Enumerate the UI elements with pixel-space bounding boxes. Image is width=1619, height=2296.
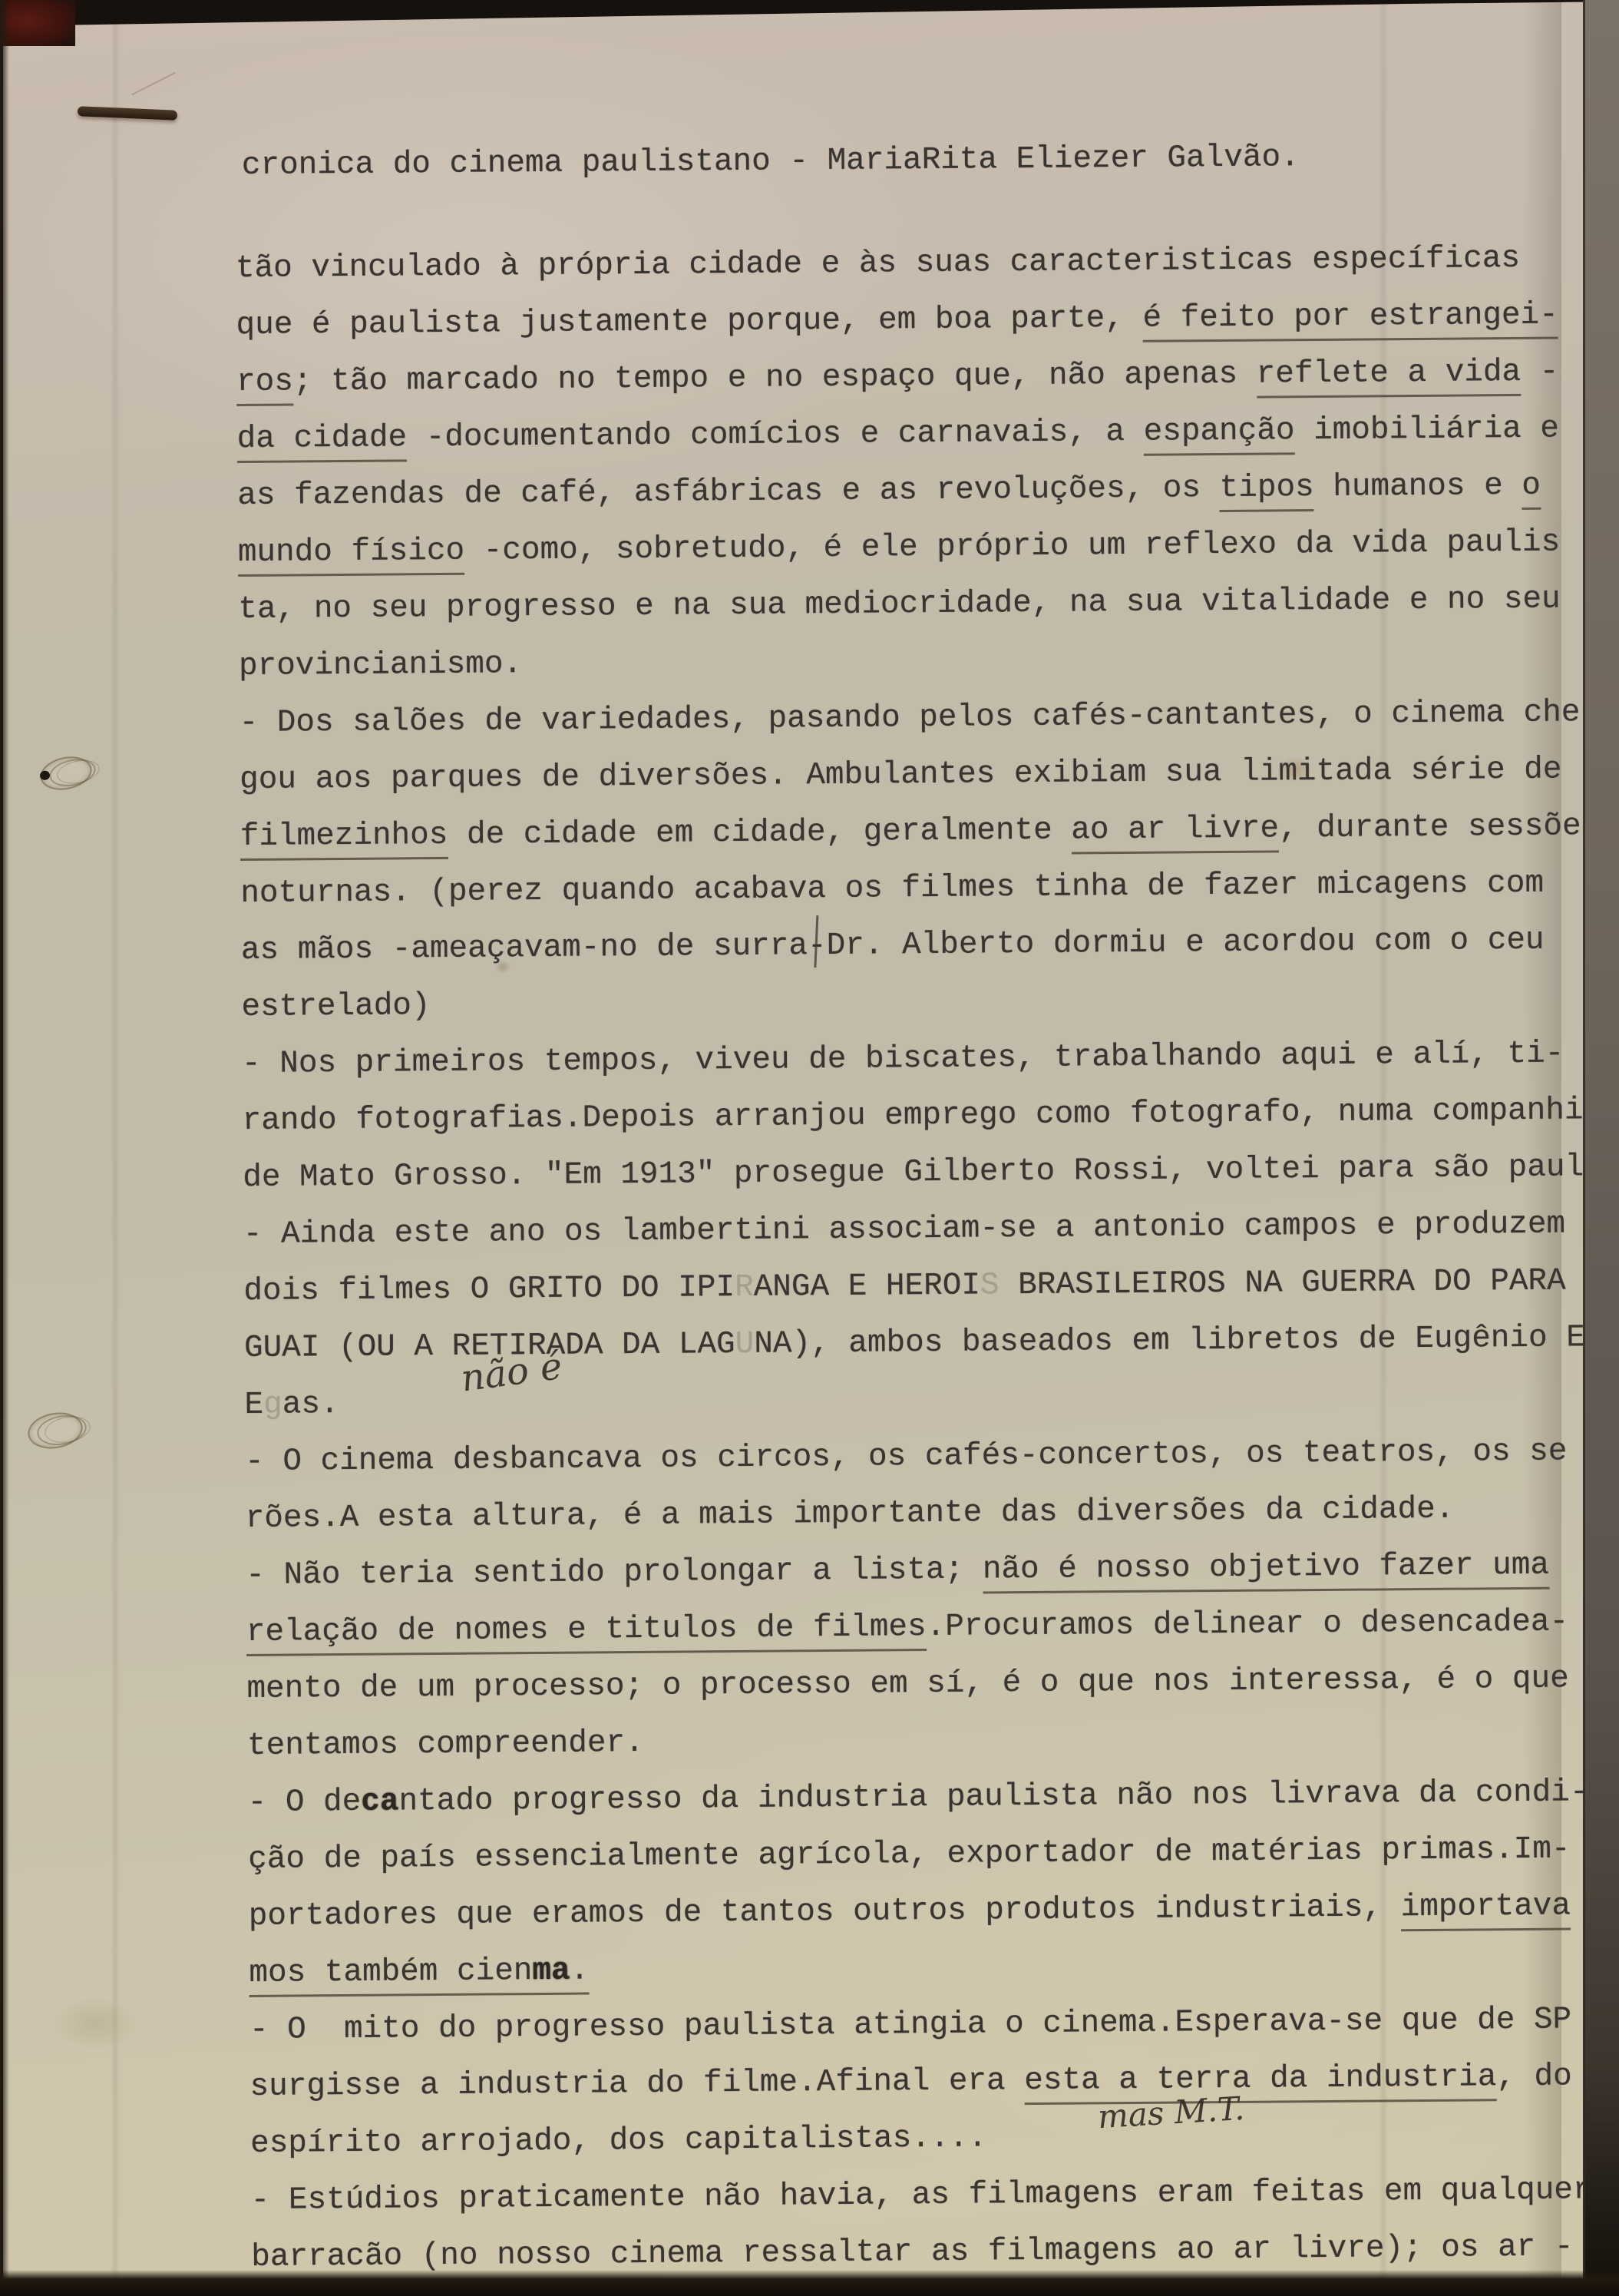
- text-segment: ta, no seu progresso e na sua mediocrida…: [238, 582, 1561, 628]
- typed-line-10: gou aos parques de diversões. Ambulantes…: [240, 755, 1562, 797]
- text-segment: as mãos -ameaçavam-no de surra-: [241, 928, 827, 968]
- typed-line-1: tão vinculado à própria cidade e às suas…: [236, 243, 1520, 285]
- photo-border-bottom: [0, 2270, 1619, 2296]
- typed-line-3: ros; tão marcado no tempo e no espaço qu…: [236, 357, 1559, 399]
- underlined-text: esta a terra da industria: [1024, 2059, 1497, 2105]
- photo-border-right: [1583, 0, 1619, 2296]
- text-segment: S: [980, 1268, 999, 1303]
- text-segment: humanos e: [1314, 468, 1522, 505]
- typed-line-28: - O decantado progresso da industria pau…: [248, 1777, 1589, 1819]
- typed-line-27: tentamos compreender.: [247, 1728, 644, 1762]
- text-segment: as fazendas de café, asfábricas e as rev…: [237, 471, 1220, 514]
- text-segment: tentamos compreender.: [247, 1725, 644, 1764]
- underlined-text: ros: [236, 364, 293, 406]
- typed-line-29: ção de país essencialmente agrícola, exp…: [248, 1834, 1571, 1876]
- typed-line-16: rando fotografias.Depois arranjou empreg…: [243, 1095, 1584, 1137]
- typed-line-35: - Estúdios praticamente não havia, as fi…: [251, 2175, 1592, 2217]
- typed-line-36: barracão (no nosso cinema ressaltar as f…: [251, 2231, 1574, 2274]
- text-segment: E: [244, 1388, 263, 1423]
- typed-line-8: provincianismo.: [239, 649, 522, 683]
- text-segment: R: [735, 1270, 754, 1305]
- typed-line-11: filmezinhos de cidade em cidade, geralme…: [240, 811, 1581, 853]
- text-segment: de cidade em cidade, geralmente: [448, 813, 1071, 853]
- text-segment: rando fotografias.Depois arranjou empreg…: [243, 1093, 1584, 1139]
- text-segment: U: [735, 1327, 755, 1362]
- text-segment: - O de: [247, 1785, 361, 1821]
- text-segment: imobiliária e: [1294, 412, 1559, 449]
- typed-line-31: mos também cienma.: [249, 1956, 589, 1990]
- typed-line-6: mundo físico -como, sobretudo, é ele pró…: [238, 528, 1561, 570]
- typed-line-7: ta, no seu progresso e na sua mediocrida…: [238, 584, 1561, 627]
- typed-line-30: portadores que eramos de tantos outros p…: [249, 1891, 1571, 1933]
- text-segment: barracão (no nosso cinema ressaltar as f…: [251, 2229, 1574, 2275]
- text-segment: g: [263, 1388, 282, 1423]
- underlined-text: ao ar livre: [1071, 811, 1279, 854]
- text-segment: - Estúdios praticamente não havia, as fi…: [251, 2172, 1592, 2218]
- punch-hole-dot: [39, 770, 51, 781]
- typed-line-21: Egas.: [244, 1389, 339, 1421]
- typed-line-19: dois filmes O GRITO DO IPIRANGA E HEROIS…: [243, 1265, 1566, 1308]
- text-segment: espírito arrojado, dos capitalistas....: [250, 2120, 987, 2162]
- underlined-text: é feito por estrangei-: [1142, 298, 1558, 342]
- text-segment: estrelado): [241, 988, 430, 1025]
- typed-line-22: - O cinema desbancava os circos, os café…: [245, 1436, 1568, 1478]
- underlined-text: reflete a vida: [1257, 355, 1522, 399]
- title-line: cronica do cinema paulistano - MariaRita…: [242, 142, 1300, 182]
- text-segment: rões.A esta altura, é a mais importante …: [246, 1492, 1455, 1537]
- scanned-page-photo: cronica do cinema paulistano - MariaRita…: [0, 0, 1619, 2296]
- typed-line-32: - O mito do progresso paulista atingia o…: [249, 2004, 1572, 2046]
- text-segment: ção de país essencialmente agrícola, exp…: [248, 1831, 1571, 1877]
- text-segment: - O mito do progresso paulista atingia o…: [249, 2002, 1572, 2048]
- text-segment: .Procuramos delinear o desencadea-: [926, 1604, 1568, 1645]
- text-segment: ANGA E HEROI: [754, 1268, 981, 1305]
- text-segment: - O cinema desbancava os circos, os café…: [245, 1434, 1568, 1480]
- underlined-text: mundo físico: [238, 534, 465, 577]
- text-segment: gou aos parques de diversões. Ambulantes…: [240, 753, 1562, 799]
- underlined-text: relação de nomes e titulos de filmes: [246, 1610, 927, 1656]
- text-segment: Dr. Alberto dormiu e acordou com o ceu: [826, 923, 1544, 964]
- underlined-text: não é nosso objetivo fazer uma: [983, 1548, 1550, 1594]
- typed-line-23: rões.A esta altura, é a mais importante …: [246, 1494, 1455, 1535]
- text-segment: dois filmes O GRITO DO IPI: [243, 1270, 735, 1309]
- typed-text-layer: cronica do cinema paulistano - MariaRita…: [0, 0, 1619, 2296]
- typed-line-12: noturnas. (perez quando acabava os filme…: [240, 868, 1544, 910]
- text-segment: tão vinculado à própria cidade e às suas…: [236, 241, 1520, 286]
- typed-line-14: estrelado): [241, 991, 430, 1024]
- typed-line-20: GUAI (OU A RETIRADA DA LAGUNA), ambos ba…: [244, 1322, 1585, 1365]
- text-segment: -documentando comícios e carnavais, a: [407, 415, 1144, 456]
- text-segment: ntado progresso da industria paulista nã…: [398, 1775, 1588, 1819]
- text-segment: provincianismo.: [239, 647, 522, 684]
- text-segment: NA), ambos baseados em libretos de Eugên…: [754, 1320, 1585, 1362]
- text-segment: ca: [361, 1784, 399, 1819]
- typed-line-5: as fazendas de café, asfábricas e as rev…: [237, 471, 1541, 512]
- underlined-text: espanção: [1143, 413, 1294, 456]
- text-segment: ; tão marcado no tempo e no espaço que, …: [293, 357, 1257, 400]
- underlined-text: ma: [532, 1954, 570, 1995]
- text-segment: surgisse a industria do filme.Afinal era: [249, 2063, 1024, 2105]
- text-segment: as.: [282, 1387, 339, 1423]
- typed-line-34: espírito arrojado, dos capitalistas....: [250, 2122, 987, 2160]
- typed-line-24: - Não teria sentido prolongar a lista; n…: [246, 1550, 1549, 1592]
- text-segment: - Não teria sentido prolongar a lista;: [246, 1552, 983, 1593]
- text-segment: cronica do cinema paulistano - MariaRita…: [242, 140, 1300, 184]
- underlined-text: da cidade: [237, 420, 408, 463]
- underlined-text: .: [570, 1954, 589, 1995]
- underlined-text: o: [1522, 468, 1541, 510]
- text-segment: , do: [1496, 2059, 1572, 2095]
- text-segment: BRASILEIROS NA GUERRA DO PARA: [999, 1263, 1565, 1303]
- typed-line-13: as mãos -ameaçavam-no de surra-Dr. Alber…: [241, 925, 1545, 967]
- text-segment: que é paulista justamente porque, em boa…: [236, 301, 1142, 343]
- typed-line-9: - Dos salões de variedades, pasando pelo…: [239, 697, 1580, 739]
- text-segment: noturnas. (perez quando acabava os filme…: [240, 866, 1544, 911]
- text-segment: de Mato Grosso. "Em 1913" prosegue Gilbe…: [243, 1150, 1584, 1196]
- typed-line-26: mento de um processo; o processo em sí, …: [246, 1663, 1569, 1705]
- handwritten-note-1: mas M.T.: [1097, 2089, 1246, 2136]
- typed-line-33: surgisse a industria do filme.Afinal era…: [249, 2061, 1572, 2103]
- typed-line-25: relação de nomes e titulos de filmes.Pro…: [246, 1606, 1569, 1649]
- text-segment: - Dos salões de variedades, pasando pelo…: [239, 695, 1580, 741]
- corner-red-stain: [0, 0, 75, 46]
- underlined-text: tipos: [1219, 470, 1313, 512]
- text-segment: -como, sobretudo, é ele próprio um refle…: [464, 525, 1560, 569]
- underlined-text: mos também cien: [249, 1954, 532, 1997]
- underlined-text: importava: [1400, 1888, 1571, 1931]
- text-segment: -: [1521, 355, 1559, 390]
- text-segment: portadores que eramos de tantos outros p…: [249, 1890, 1401, 1934]
- photo-border-left: [0, 0, 9, 2296]
- typed-line-4: da cidade -documentando comícios e carna…: [237, 414, 1560, 456]
- underlined-text: filmezinhos: [240, 818, 448, 861]
- text-segment: - Nos primeiros tempos, viveu de biscate…: [242, 1037, 1564, 1083]
- text-segment: mento de um processo; o processo em sí, …: [246, 1661, 1569, 1707]
- text-segment: , durante sessõe: [1279, 809, 1581, 846]
- typed-line-18: - Ainda este ano os lambertini associam-…: [243, 1209, 1566, 1252]
- typed-line-17: de Mato Grosso. "Em 1913" prosegue Gilbe…: [243, 1152, 1584, 1194]
- text-segment: - Ainda este ano os lambertini associam-…: [243, 1207, 1566, 1253]
- typed-line-2: que é paulista justamente porque, em boa…: [236, 300, 1558, 342]
- typed-line-15: - Nos primeiros tempos, viveu de biscate…: [242, 1039, 1564, 1081]
